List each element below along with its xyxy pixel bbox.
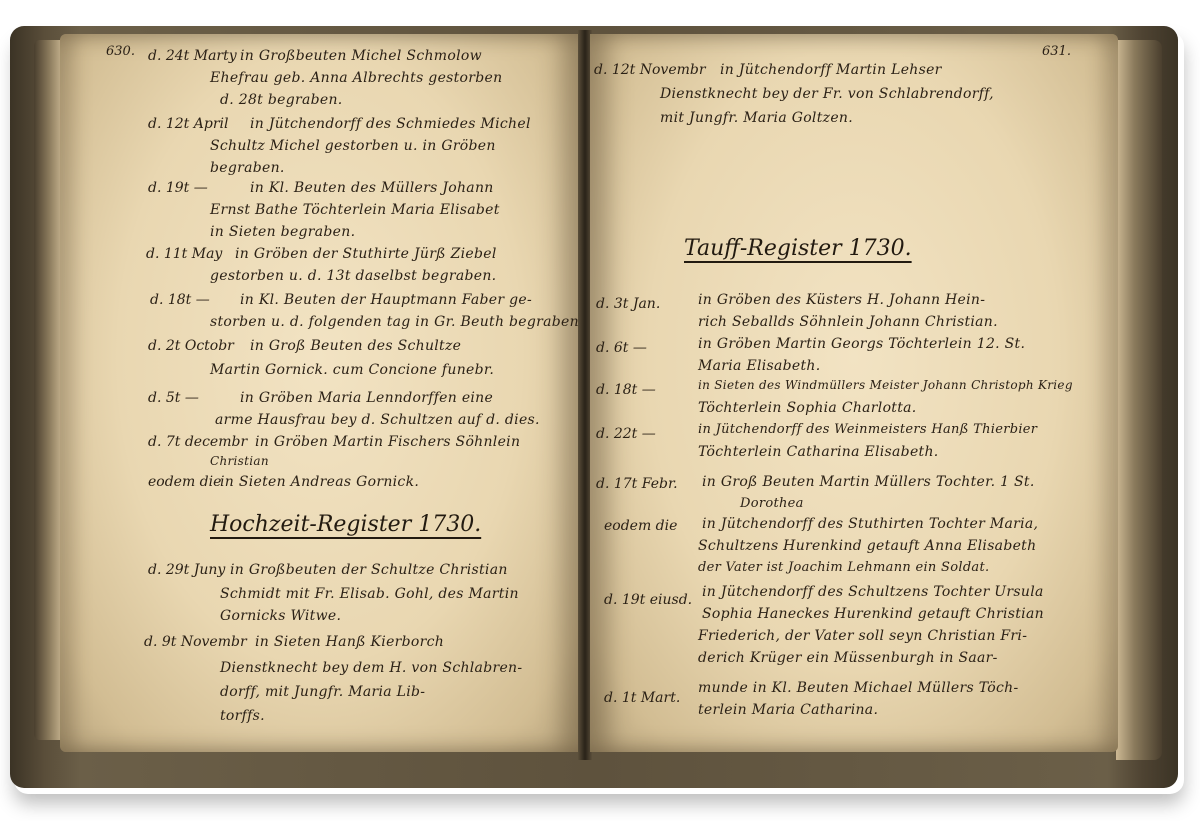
section-heading: Tauff-Register 1730.: [684, 236, 912, 261]
entry-date: d. 17t Febr.: [596, 476, 678, 492]
entry-date: eodem die: [148, 474, 221, 490]
entry-date: d. 19t —: [148, 180, 208, 196]
entry-date: d. 29t Juny: [148, 562, 225, 578]
entry-date: d. 6t —: [596, 340, 647, 356]
entry-date: d. 3t Jan.: [596, 296, 660, 312]
entry-date: d. 11t May: [146, 246, 222, 262]
entry-date: d. 22t —: [596, 426, 656, 442]
entry-date: d. 2t Octobr: [148, 338, 234, 354]
entry-date: d. 12t Novembr: [594, 62, 706, 78]
page-number: 631.: [1042, 44, 1071, 59]
left-page: 630. d. 24t Marty in Großbeuten Michel S…: [60, 34, 580, 752]
entry-date: d. 7t decembr: [148, 434, 247, 450]
entry-date: d. 1t Mart.: [604, 690, 680, 706]
entry-date: d. 18t —: [150, 292, 210, 308]
right-page: 631. d. 12t Novembr in Jütchendorff Mart…: [590, 34, 1118, 752]
entry-date: d. 18t —: [596, 382, 656, 398]
entry-date: d. 5t —: [148, 390, 199, 406]
entry-date: d. 9t Novembr: [144, 634, 247, 650]
entry-date: d. 24t Marty: [148, 48, 237, 64]
section-heading: Hochzeit-Register 1730.: [210, 512, 481, 537]
right-page-edges: [1116, 40, 1162, 760]
entry-date: d. 19t eiusd.: [604, 592, 692, 608]
page-number: 630.: [106, 44, 135, 59]
entry-date: d. 12t April: [148, 116, 228, 132]
entry-date: eodem die: [604, 518, 677, 534]
